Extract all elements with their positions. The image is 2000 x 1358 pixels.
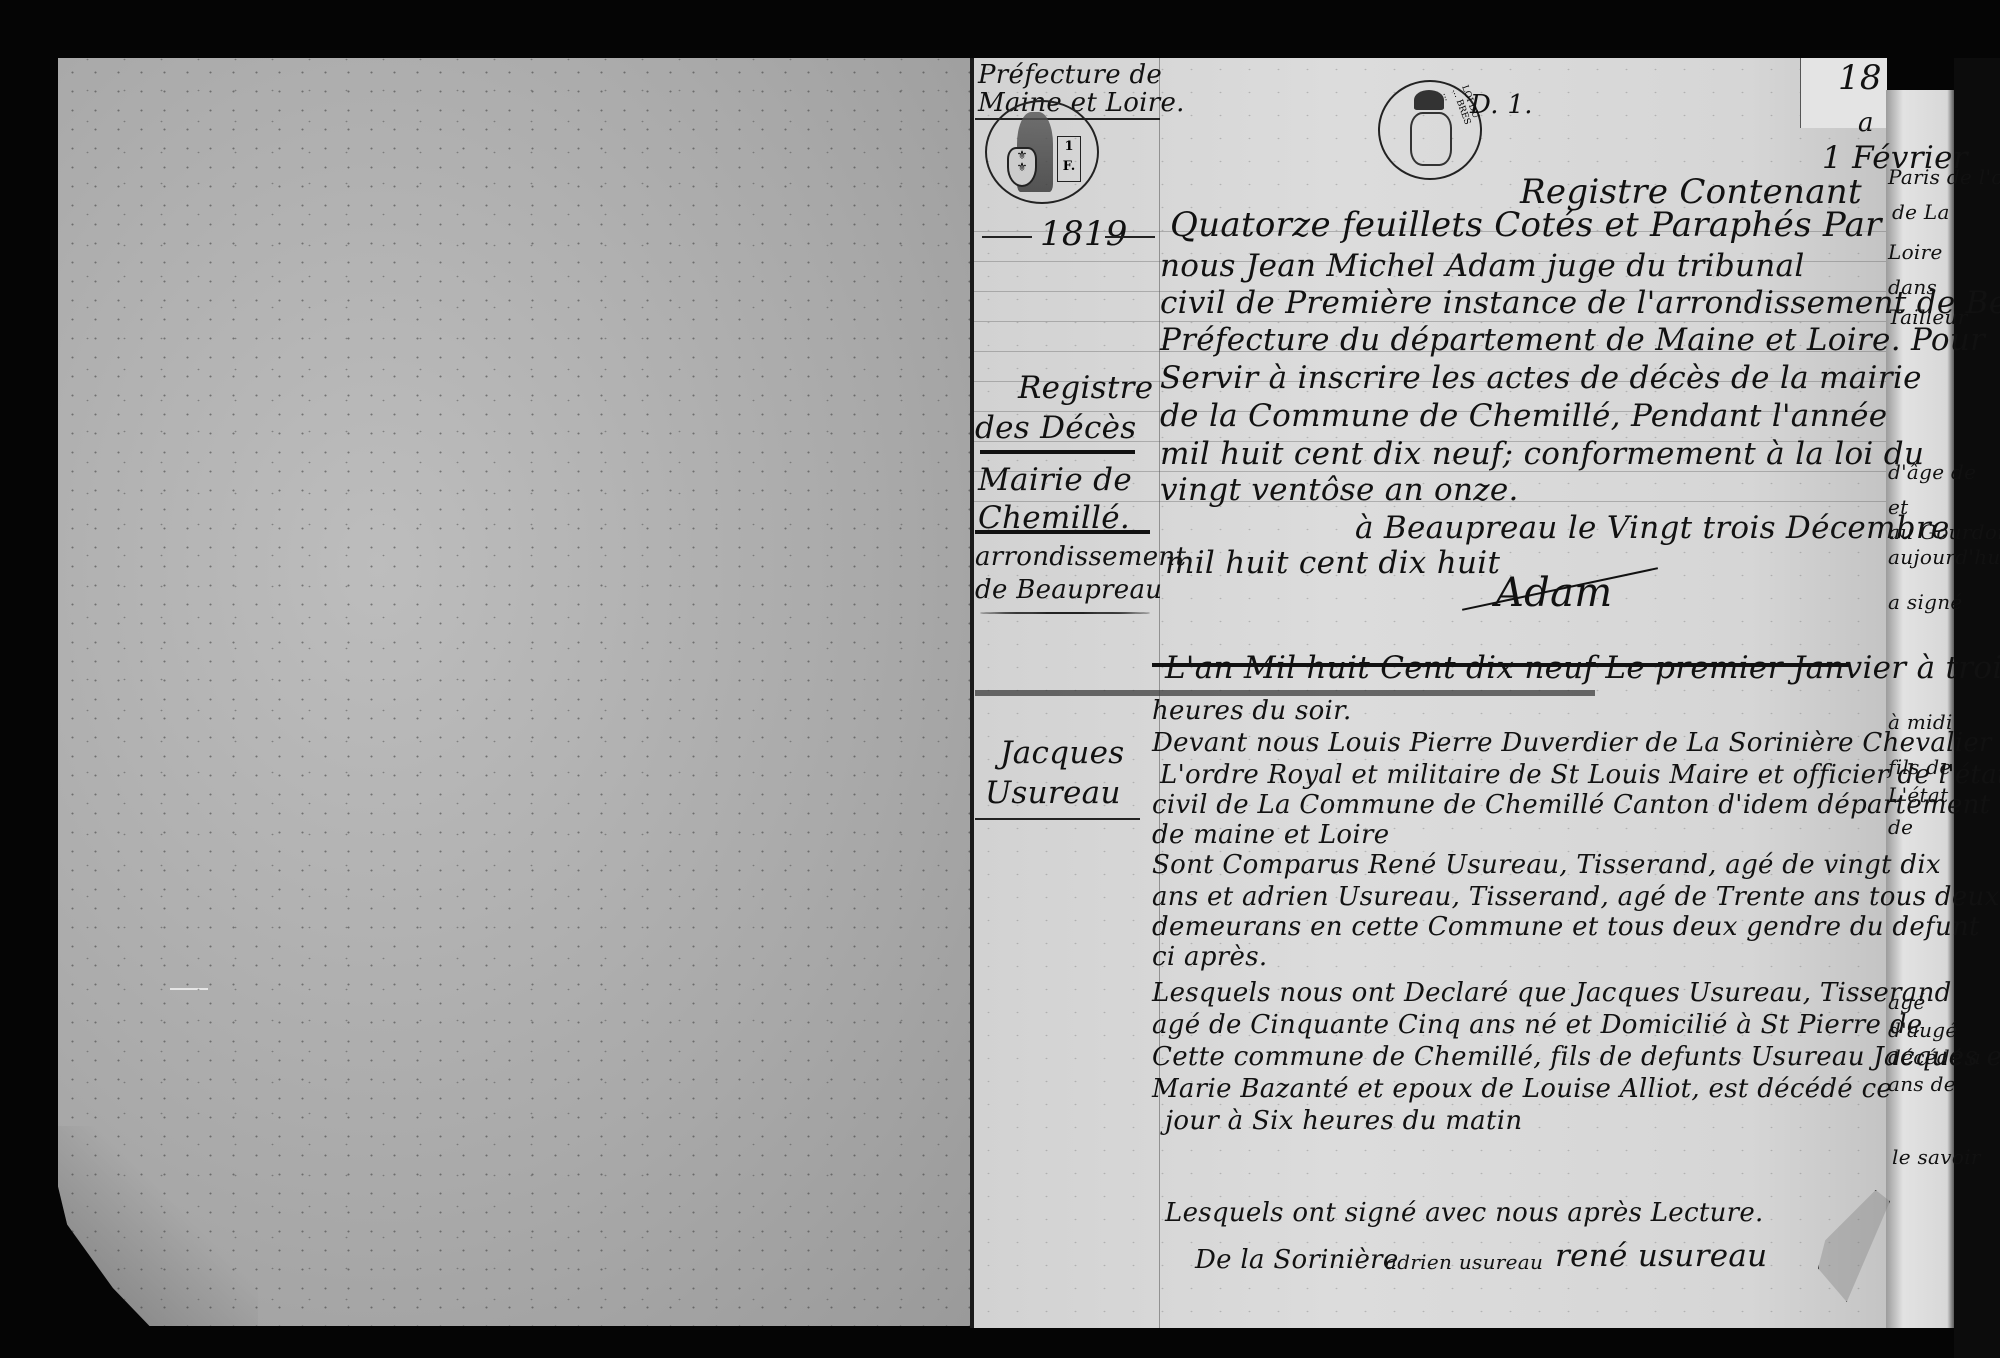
entry-line: demeurans en cette Commune et tous deux … [1152, 912, 1980, 942]
stamp-value: 1 F. [1057, 136, 1081, 182]
deceased-margin-name-1: Jacques [1000, 735, 1124, 771]
next-page-fragment: à midi [1888, 710, 1953, 734]
cert-line: mil huit cent dix neuf; conformement à l… [1160, 436, 1924, 472]
entry-line: heures du soir. [1152, 696, 1352, 726]
entry-line: Lesquels ont signé avec nous après Lectu… [1165, 1198, 1764, 1228]
entry-line: L'ordre Royal et militaire de St Louis M… [1160, 760, 2000, 790]
entry-line: Cette commune de Chemillé, fils de defun… [1152, 1042, 2000, 1072]
entry-line: de maine et Loire [1152, 820, 1389, 850]
arrondissement-line-1: arrondissement [975, 542, 1186, 572]
cert-line: Préfecture du département de Maine et Lo… [1160, 322, 1985, 358]
next-page-fragment: fils de [1888, 755, 1952, 779]
scratch-mark [170, 988, 208, 990]
entry-line: agé de Cinquante Cinq ans né et Domicili… [1152, 1010, 1922, 1040]
witness-signature-rene: rené usureau [1555, 1238, 1767, 1274]
cert-line: civil de Première instance de l'arrondis… [1160, 285, 2000, 321]
next-page-fragment: décédé a [1888, 1045, 1981, 1069]
cert-place-date: à Beaupreau le Vingt trois Décembre [1355, 510, 1950, 546]
fiscal-stamp-icon: ⚜⚜ 1 F. [985, 100, 1099, 204]
next-page-fragment: d'âge de [1888, 460, 1976, 484]
left-page-blank-verso [58, 58, 973, 1326]
next-page-fragment: a signé [1888, 590, 1963, 614]
year-rule-right [1105, 236, 1155, 238]
deceased-margin-name-2: Usureau [985, 775, 1121, 811]
corner-number-middle: a [1858, 108, 1874, 138]
next-page-fragment: aujourd'hui [1888, 545, 2000, 569]
mairie-line-1: Mairie de [978, 462, 1132, 498]
entry-line: jour à Six heures du matin [1165, 1106, 1522, 1136]
cert-place-date-2: mil huit cent dix huit [1165, 545, 1500, 581]
crown-icon [1414, 90, 1444, 110]
section-rule [980, 450, 1135, 454]
corner-fold-shadow [58, 1126, 258, 1326]
next-page-fragment: le savoir [1892, 1145, 1981, 1169]
next-page-fragment: Paris de l'ordre [1888, 165, 2000, 189]
entry-line: Devant nous Louis Pierre Duverdier de La… [1152, 728, 2000, 758]
next-page-fragment: et [1888, 495, 1908, 519]
next-page-fragment: agé [1888, 990, 1925, 1014]
corner-number-top: 18 [1838, 58, 1882, 98]
next-page-fragment: dans [1888, 275, 1937, 299]
entry-line: Marie Bazanté et epoux de Louise Alliot,… [1152, 1074, 1892, 1104]
cert-line: nous Jean Michel Adam juge du tribunal [1160, 248, 1805, 284]
judge-signature: Adam [1495, 570, 1612, 616]
entry-line: ci après. [1152, 942, 1267, 972]
cert-line: Quatorze feuillets Cotés et Paraphés Par [1170, 205, 1882, 245]
next-page-fragment: L'état [1888, 783, 1948, 807]
year-rule-left [982, 236, 1032, 238]
register-title-2: des Décès [975, 410, 1136, 446]
entry-line: ans et adrien Usureau, Tisserand, agé de… [1152, 882, 2000, 912]
coat-of-arms-icon [1410, 112, 1452, 166]
royal-seal-stamp-icon: LOI DU ... BRES ... [1378, 80, 1482, 180]
mayor-signature: De la Sorinière [1195, 1245, 1399, 1275]
cert-line: de la Commune de Chemillé, Pendant l'ann… [1160, 398, 1887, 434]
next-page-fragment: d'augé [1888, 1018, 1958, 1042]
cert-line: Servir à inscrire les actes de décès de … [1160, 360, 1922, 396]
section-rule [975, 530, 1150, 534]
fleur-de-lis-shield-icon: ⚜⚜ [1007, 147, 1037, 187]
prefecture-line-1: Préfecture de [978, 60, 1162, 90]
next-page-fragment: Loire [1888, 240, 1943, 264]
arrondissement-line-2: de Beaupreau [975, 575, 1162, 605]
entry-line: Sont Comparus René Usureau, Tisserand, a… [1152, 850, 1941, 880]
next-page-fragment: au Gourdon [1888, 520, 2000, 544]
next-page-fragment: ans de [1888, 1072, 1956, 1096]
folio-mark: D. 1. [1470, 90, 1533, 120]
entry-line: L'an Mil huit Cent dix neuf Le premier J… [1165, 650, 2000, 686]
next-page-fragment: de La [1892, 200, 1950, 224]
margin-flourish [975, 818, 1140, 820]
cert-line: vingt ventôse an onze. [1160, 472, 1519, 508]
entry-line: civil de La Commune de Chemillé Canton d… [1152, 790, 1990, 820]
register-title-1: Registre [1018, 370, 1153, 406]
entry-line: Lesquels nous ont Declaré que Jacques Us… [1152, 978, 1952, 1008]
year-label: 1819 [1040, 214, 1128, 254]
witness-signature-adrien: adrien usureau [1385, 1250, 1543, 1274]
next-page-fragment: Tailleur [1888, 305, 1968, 329]
flourish-rule [980, 612, 1150, 614]
next-page-fragment: de [1888, 815, 1913, 839]
